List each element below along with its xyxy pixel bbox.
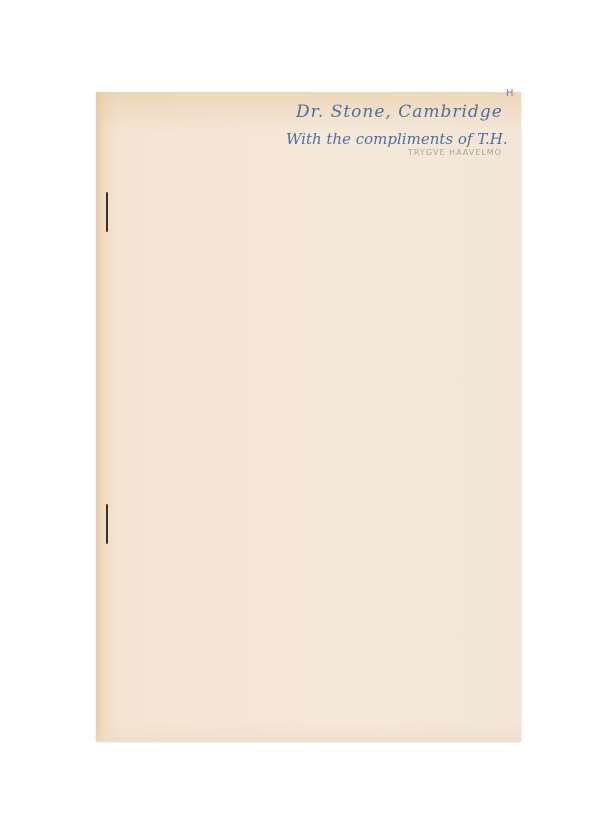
corner-mark: H (506, 88, 514, 99)
staple-top (106, 192, 108, 232)
inscription-line-1: Dr. Stone, Cambridge (296, 102, 503, 122)
inscription-line-2: With the compliments of T.H. (286, 130, 508, 148)
pamphlet-cover: H Dr. Stone, Cambridge With the complime… (96, 92, 521, 741)
name-stamp: TRYGVE HAAVELMO (408, 148, 502, 157)
staple-bottom (106, 504, 108, 544)
